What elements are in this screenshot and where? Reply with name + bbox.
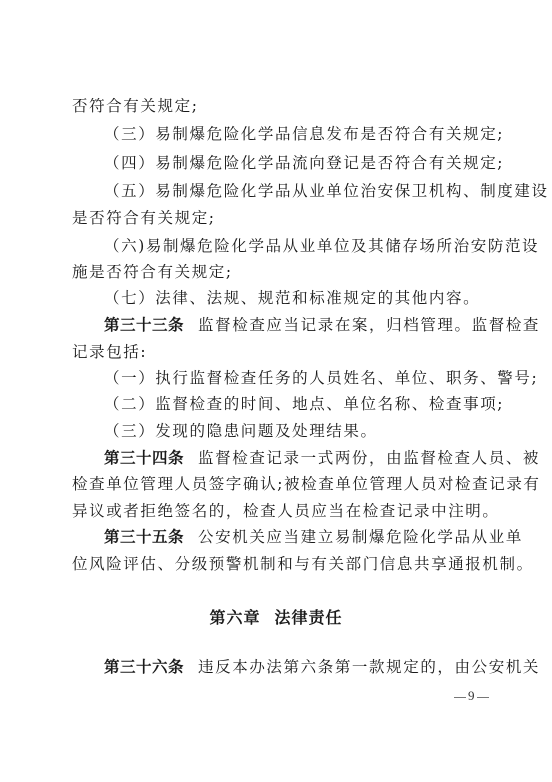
article-33-line1: 第三十三条监督检查应当记录在案，归档管理。监督检查 <box>104 315 490 335</box>
article-33-item-3: （三）发现的隐患问题及处理结果。 <box>104 421 490 441</box>
article-33-label: 第三十三条 <box>104 316 184 334</box>
list-item-4: （四）易制爆危险化学品流向登记是否符合有关规定; <box>104 153 490 173</box>
chapter-heading: 第六章法律责任 <box>0 605 552 628</box>
text-line: 否符合有关规定; <box>72 96 490 116</box>
article-33-line2: 记录包括: <box>72 342 490 362</box>
list-item-5: （五）易制爆危险化学品从业单位治安保卫机构、制度建设 <box>104 181 490 201</box>
article-34-line2: 检查单位管理人员签字确认;被检查单位管理人员对检查记录有 <box>72 474 490 494</box>
chapter-title: 法律责任 <box>275 608 343 627</box>
article-35-line1: 第三十五条公安机关应当建立易制爆危险化学品从业单 <box>104 527 490 547</box>
article-34-label: 第三十四条 <box>104 449 184 467</box>
article-35-label: 第三十五条 <box>104 528 184 546</box>
list-item-7: （七）法律、法规、规范和标准规定的其他内容。 <box>104 288 490 308</box>
article-34-line1: 第三十四条监督检查记录一式两份，由监督检查人员、被 <box>104 448 490 468</box>
page-number-dash-left <box>454 697 466 698</box>
document-page: 否符合有关规定; （三）易制爆危险化学品信息发布是否符合有关规定; （四）易制爆… <box>0 0 552 782</box>
article-36-label: 第三十六条 <box>104 658 184 676</box>
article-33-item-1: （一）执行监督检查任务的人员姓名、单位、职务、警号; <box>104 368 490 388</box>
list-item-6: （六)易制爆危险化学品从业单位及其储存场所治安防范设 <box>104 236 490 256</box>
page-number-dash-right <box>477 697 489 698</box>
text-line: 是否符合有关规定; <box>72 208 490 228</box>
article-34-line3: 异议或者拒绝签名的，检查人员应当在检查记录中注明。 <box>72 501 490 521</box>
chapter-number: 第六章 <box>209 608 260 627</box>
text-line: 施是否符合有关规定; <box>72 262 490 282</box>
list-item-3: （三）易制爆危险化学品信息发布是否符合有关规定; <box>104 124 490 144</box>
article-35-line2: 位风险评估、分级预警机制和与有关部门信息共享通报机制。 <box>72 554 490 574</box>
article-36-line1: 第三十六条违反本办法第六条第一款规定的，由公安机关 <box>104 657 490 677</box>
article-33-item-2: （二）监督检查的时间、地点、单位名称、检查事项; <box>104 394 490 414</box>
page-number: 9 <box>452 688 491 704</box>
